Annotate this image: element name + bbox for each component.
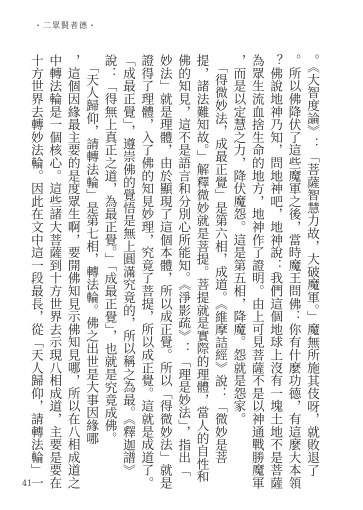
text-column: 為眾生流血捨生命的地方，地神作了證明。由上可見菩薩不是以神通戰勝魔軍 (247, 54, 265, 474)
text-column: 。所以佛降伏了這些魔軍之後，當時魔王問佛：你有什麼功德，有這麼大本領 (284, 54, 302, 474)
text-column: 佛的知見，這不是語言和分別心所能知。《淨影疏》：「理是妙法」，指出「 (174, 54, 192, 474)
text-column: 中轉法輪是一個核心。這些諸大菩薩到十方世界去示現八相成道，主要是要在 (45, 54, 63, 474)
text-column: 妙法」就是理體，由於顯現了這個本體，所以成正覺。所以「得微妙法」就是 (155, 54, 173, 474)
text-column: 十方世界去轉妙法輪。因此在文中這一段最長，從「天人歸仰，請轉法輪」一 (27, 54, 45, 474)
text-column: 證得了理體，入了佛的知見妙理，究竟了菩提，所以成正覺。這就是成道了。 (137, 54, 155, 474)
vertical-body-text: 。《大智度論》：「菩薩智慧力故，大破魔軍。」魔無所施其伎呀，就敗退了 。所以佛降… (27, 54, 322, 474)
text-column: ？佛說地神乃知，問地神吧，地神說：我們這個地球上沒有一塊土地不是菩薩 (266, 54, 284, 474)
text-column: ，而是以定慧之力，降伏魔怨。這是第五相，降魔。怨就是怨家。 (229, 54, 247, 474)
text-column: 「天人歸仰，請轉法輪」是第七相，轉法輪。佛之出世是大事因緣哪 (82, 54, 100, 474)
text-column: 提，諸法難知故。」解釋微妙就是菩提。菩提就是實際的理體，當人的自性和 (192, 54, 210, 474)
text-column: 說：「得無上真正之道，為最正覺。」「成最正覺」，也就是究竟成佛。 (100, 54, 118, 474)
text-column: 「成最正覺」，遵崇佛的覺悟是無上圓滿究竟的，所以稱之為最。《釋迦譜》 (119, 54, 137, 474)
page-number: 41 (22, 479, 32, 488)
text-column: 。《大智度論》：「菩薩智慧力故，大破魔軍。」魔無所施其伎呀，就敗退了 (303, 54, 321, 474)
text-column: 「得微妙法，成最正覺」是第六相，成道。《維摩詰經》說：「微妙是菩 (211, 54, 229, 474)
running-header: ・二眾賢者德・ (34, 20, 97, 31)
text-column: ，這個因緣最主要的是度眾生啊，要開佛知見示佛知見哪，所以在八相成道之 (63, 54, 81, 474)
